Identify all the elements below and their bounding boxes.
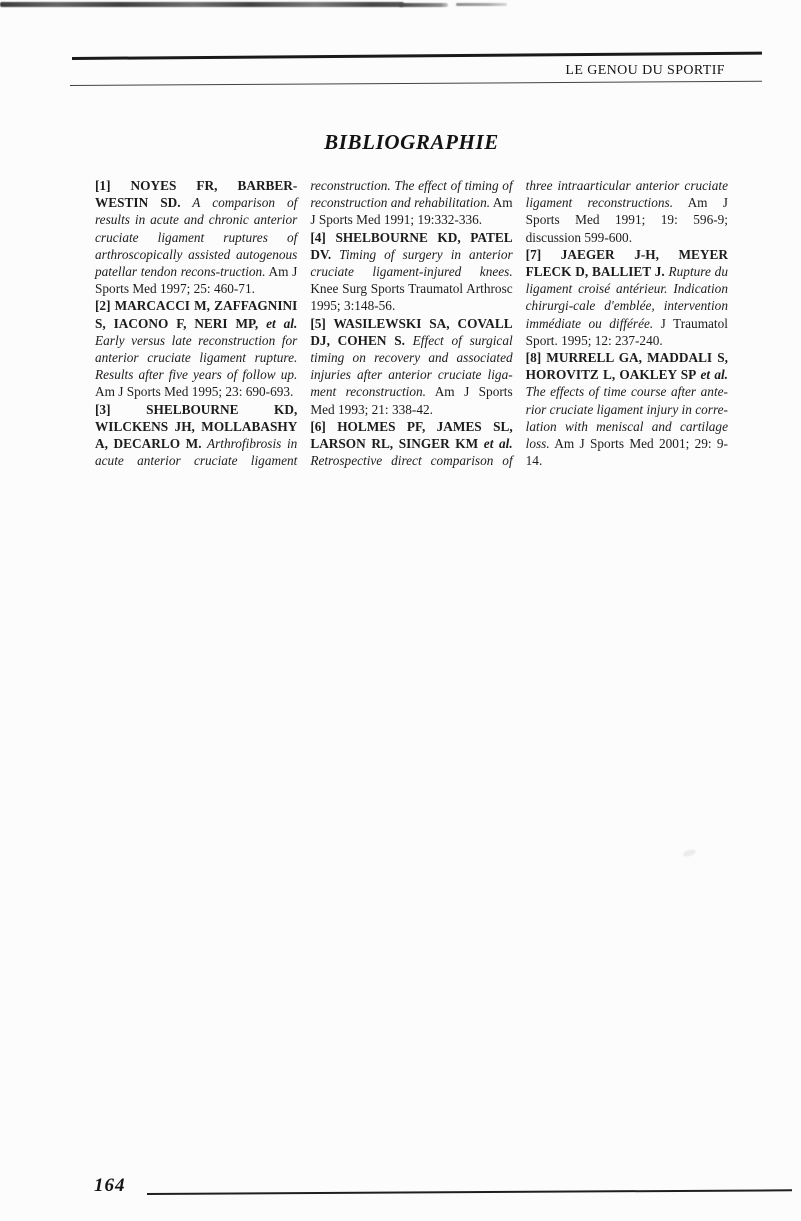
reference-segment-italic: Early versus late reconstruction for ant… <box>95 333 297 382</box>
reference-item: [5] WASILEWSKI SA, COVALL DJ, COHEN S. E… <box>310 315 512 418</box>
reference-item: [4] SHELBOURNE KD, PATEL DV. Timing of s… <box>310 229 512 315</box>
reference-item: [7] JAEGER J-H, MEYER FLECK D, BALLIET J… <box>526 246 728 349</box>
reference-segment-bolditalic: et al. <box>258 316 297 331</box>
scan-artifact-dash <box>399 3 448 7</box>
reference-segment-plain: Knee Surg Sports Traumatol Arthrosc 1995… <box>310 281 512 313</box>
reference-item: [8] MURRELL GA, MADDALI S, HOROVITZ L, O… <box>526 349 728 469</box>
scan-artifact-dash <box>456 3 507 6</box>
footer-rule <box>147 1189 792 1195</box>
reference-item: [2] MARCACCI M, ZAFFAGNINI S, IACONO F, … <box>95 297 297 400</box>
references-columns: [1] NOYES FR, BARBER-WESTIN SD. A compar… <box>95 177 728 469</box>
reference-segment-italic: Timing of surgery in anterior cruciate l… <box>310 247 512 279</box>
page-number: 164 <box>94 1175 126 1197</box>
reference-segment-plain: Am J Sports Med 1995; 23: 690-693. <box>95 384 293 399</box>
reference-segment-bolditalic: et al. <box>478 436 512 451</box>
scanned-book-page: { "colors": { "paper": "#fcfcfc", "ink":… <box>0 0 801 1221</box>
reference-segment-bolditalic: et al. <box>696 367 728 382</box>
page-title: BIBLIOGRAPHIE <box>95 130 728 155</box>
reference-item: [1] NOYES FR, BARBER-WESTIN SD. A compar… <box>95 177 297 297</box>
scan-artifact-bar <box>0 2 404 7</box>
header-rule-bottom <box>70 81 762 87</box>
running-header: LE GENOU DU SPORTIF <box>565 63 725 79</box>
header-rule-top <box>72 52 762 60</box>
reference-segment-plain: Am J Sports Med 2001; 29: 9-14. <box>526 436 728 468</box>
scan-smudge <box>682 848 696 858</box>
